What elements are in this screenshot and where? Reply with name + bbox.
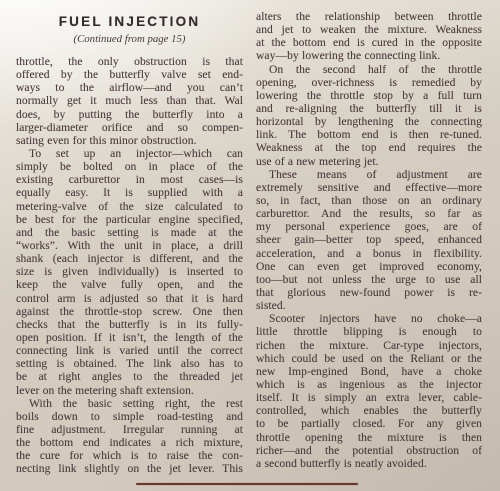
text-line: size is given individually) is inserted … (16, 265, 243, 278)
text-line: way—by lowering the connecting link. (256, 49, 482, 62)
text-line: open position. If it isn’t, the length o… (16, 331, 243, 344)
text-line: does, by putting the butterfly into a (16, 108, 243, 121)
text-line: sating even for this minor obstruction. (16, 134, 243, 147)
text-line: itself. It is simply an extra lever, cab… (256, 391, 482, 404)
text-line: metering-valve of the size calculated to (16, 200, 243, 213)
text-line: acceleration, and a bonus in flexibility… (256, 247, 482, 260)
text-line: lever on the metering shaft extension. (16, 384, 243, 397)
text-line: be best for the particular engine specif… (16, 213, 243, 226)
text-line: checks that the butterfly is in its full… (16, 318, 243, 331)
bottom-divider-rule (136, 483, 358, 485)
text-line: horizontal by lengthening the connecting (256, 115, 482, 128)
text-line: be at right angles to the threaded jet (16, 370, 243, 383)
text-line: simply be bolted on in place of the (16, 160, 243, 173)
text-line: throttle, the only obstruction is that (16, 55, 243, 68)
article-masthead: FUEL INJECTION (Continued from page 15) (16, 13, 243, 46)
text-line: ways to the airflow—and you can’t (16, 81, 243, 94)
text-line: existing carburettor in most cases—is (16, 173, 243, 186)
text-line: One can even get improved economy, (256, 260, 482, 273)
text-line: On the second half of the throttle (256, 63, 482, 76)
text-line: and jet to weaken the mixture. Weakness (256, 23, 482, 36)
text-line: alters the relationship between throttle (256, 10, 482, 23)
text-line: richer—and the potential obstruction of (256, 444, 482, 457)
text-line: These means of adjustment are (256, 168, 482, 181)
text-line: carburettor. And the results, so far as (256, 207, 482, 220)
right-column: alters the relationship between throttle… (256, 10, 482, 470)
text-line: so, in fact, than those on an ordinary (256, 194, 482, 207)
text-line: To set up an injector—which can (16, 147, 243, 160)
text-line: link. The bottom end is then re-tuned. (256, 128, 482, 141)
text-line: fine adjustment. Irregular running at (16, 423, 243, 436)
text-line: to be partially closed. For any given (256, 417, 482, 430)
text-line: at the bottom end is cured in the opposi… (256, 36, 482, 49)
text-line: lowering the throttle stop by a full tur… (256, 89, 482, 102)
text-line: necting link slightly on the jet lever. … (16, 462, 243, 475)
text-line: connecting link is varied until the corr… (16, 344, 243, 357)
continued-from-note: (Continued from page 15) (16, 32, 243, 46)
text-line: my personal experience goes, are of (256, 220, 482, 233)
text-line: which is as ingenious as the injector (256, 378, 482, 391)
article-title: FUEL INJECTION (16, 13, 243, 30)
text-line: little throttle blipping is enough to (256, 325, 482, 338)
text-line: too—but not unless the urge to use all (256, 273, 482, 286)
text-line: normally get it much less than that. Wal (16, 94, 243, 107)
text-line: larger-diameter orifice and so compen- (16, 121, 243, 134)
text-line: against the throttle-stop screw. One the… (16, 305, 243, 318)
text-line: shank (each injector is different, and t… (16, 252, 243, 265)
text-line: a second butterfly is neatly avoided. (256, 457, 482, 470)
text-line: the cure for which is to raise the con- (16, 449, 243, 462)
text-line: With the basic setting right, the rest (16, 397, 243, 410)
text-line: and re-aligning the butterfly till it is (256, 102, 482, 115)
text-line: throttle opening the mixture is then (256, 431, 482, 444)
text-line: equally easy. It is supplied with a (16, 186, 243, 199)
text-line: sisted. (256, 299, 482, 312)
text-line: Scooter injectors have no choke—a (256, 312, 482, 325)
text-line: Weakness at the top end requires the (256, 141, 482, 154)
text-line: richen the mixture. Car-type injectors, (256, 339, 482, 352)
magazine-page: FUEL INJECTION (Continued from page 15) … (0, 0, 500, 491)
text-line: sheer gain—better top speed, enhanced (256, 233, 482, 246)
left-column-text: throttle, the only obstruction is thatof… (16, 55, 243, 476)
text-line: “works”. With the unit in place, a drill (16, 239, 243, 252)
left-column: FUEL INJECTION (Continued from page 15) … (16, 10, 243, 476)
text-line: opening, over-richness is remedied by (256, 76, 482, 89)
text-line: and the basic setting is made at the (16, 226, 243, 239)
right-column-text: alters the relationship between throttle… (256, 10, 482, 470)
text-line: control arm is adjusted so that it is ha… (16, 292, 243, 305)
text-line: that glorious new-found power is re- (256, 286, 482, 299)
text-line: which could be used on the Reliant or th… (256, 352, 482, 365)
text-line: setting is obtained. The link also has t… (16, 357, 243, 370)
text-line: use of a new metering jet. (256, 155, 482, 168)
text-line: the bottom end indicates a rich mixture, (16, 436, 243, 449)
text-line: keep the valve fully open, and the (16, 278, 243, 291)
text-line: new Imp-engined Bond, have a choke (256, 365, 482, 378)
text-line: extremely sensitive and effective—more (256, 181, 482, 194)
text-line: controlled, which enables the butterfly (256, 404, 482, 417)
text-line: offered by the butterfly valve set end- (16, 68, 243, 81)
text-line: boils down to simple road-testing and (16, 410, 243, 423)
